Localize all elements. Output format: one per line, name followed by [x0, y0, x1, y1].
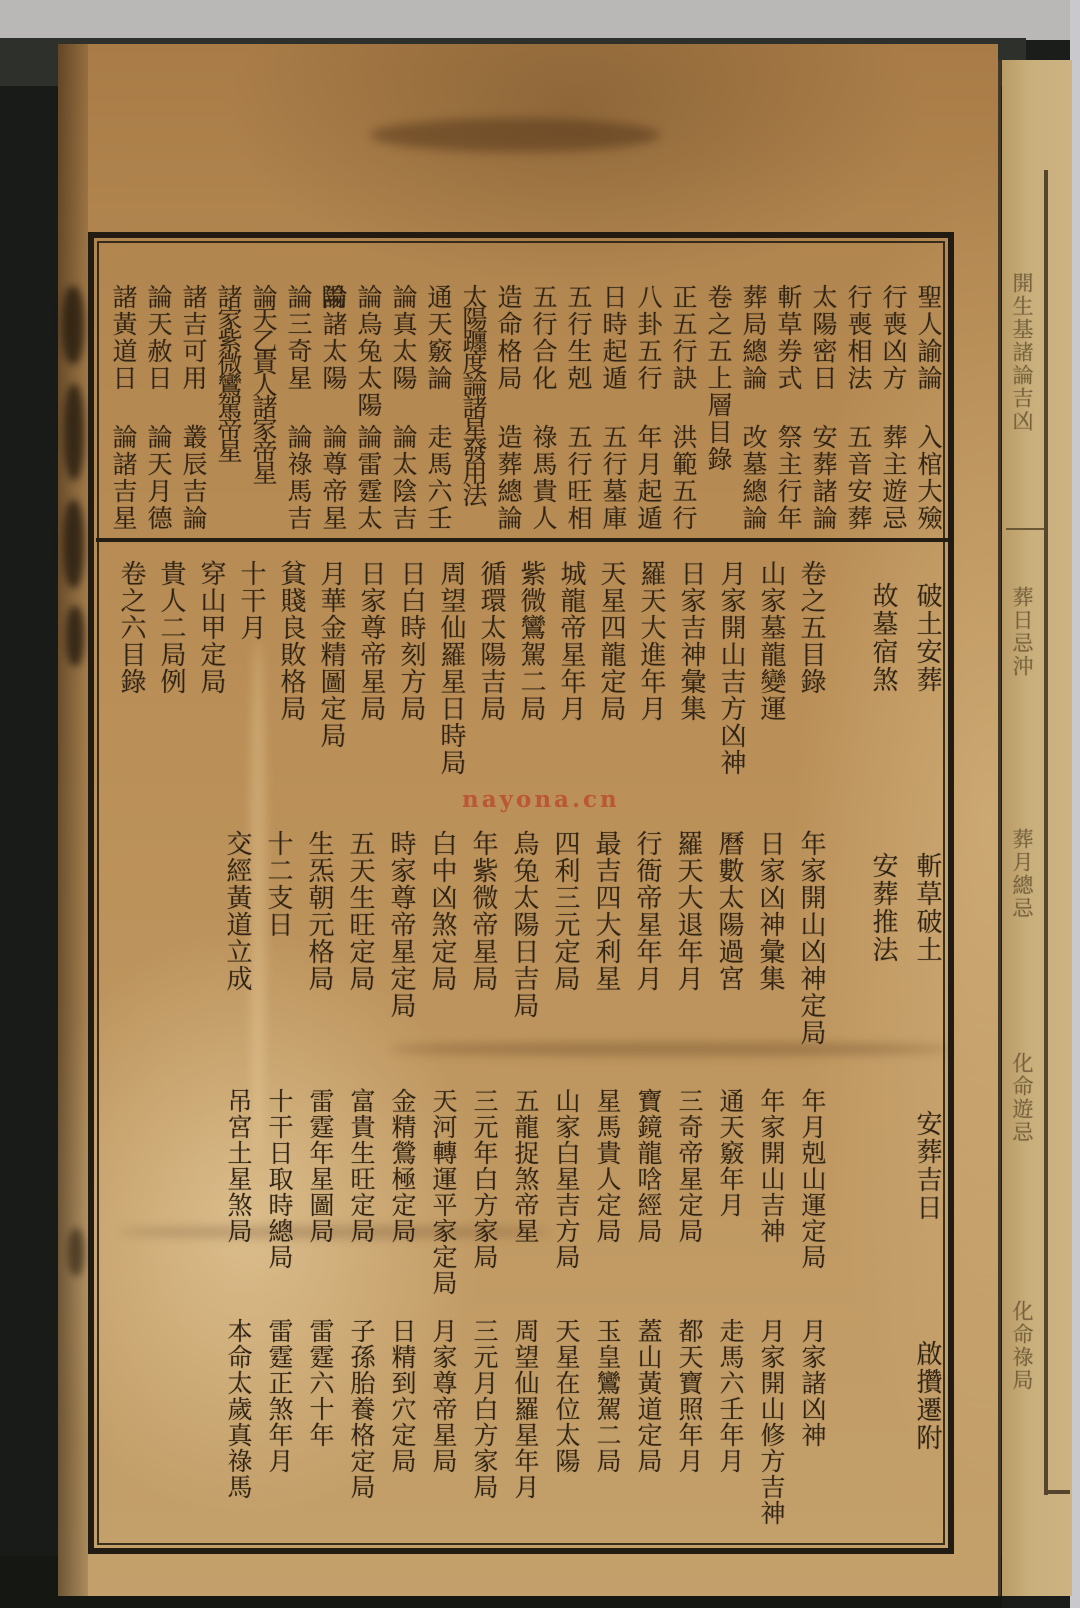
toc-entry: 白中凶煞定局 [427, 830, 457, 992]
toc-entry: 曆數太陽過宮 [714, 830, 744, 992]
toc-entry: 五行墓庫 [599, 424, 628, 532]
toc-upper-section: 聖人諭論入棺大殮行喪凶方葬主遊忌行喪相法五音安葬太陽密日安葬諸論斬草券式祭主行年… [100, 284, 946, 532]
toc-entry: 年紫微帝星局 [468, 830, 498, 992]
toc-column: 十干日取時總局 [256, 1088, 297, 1316]
toc-entry: 論諸太陽 [315, 284, 351, 424]
toc-column: 三奇帝星定局 [666, 1088, 707, 1316]
toc-column: 羅天大進年月 [630, 560, 670, 828]
toc-column: 安葬推法 [858, 852, 902, 1082]
toc-entry: 穿山甲定局 [196, 560, 226, 695]
toc-entry: 四利三元定局 [550, 830, 580, 992]
toc-row-3: 安葬吉日年月剋山運定局年家開山吉神通天竅年月三奇帝星定局寶鏡龍唅經局星馬貴人定局… [100, 1088, 946, 1316]
toc-entry: 周望仙羅星年月 [511, 1318, 540, 1500]
toc-row-main-group: 月家諸凶神月家開山修方吉神走馬六壬年月都天寶照年月蓋山黃道定局玉皇鸞駕二局天星在… [100, 1318, 830, 1546]
toc-entry: 斬草券式 [770, 284, 806, 424]
toc-row-right-group: 啟攢遷附 [850, 1318, 946, 1546]
toc-column: 月家尊帝星局 [420, 1318, 461, 1546]
adjacent-page: 開生基諸論吉凶葬日忌沖葬月總忌化命遊忌化命祿局 [1002, 60, 1072, 1596]
toc-row-right-group: 斬草破土安葬推法 [850, 830, 946, 1082]
toc-column: 四利三元定局 [543, 830, 584, 1082]
toc-column: 故墓宿煞 [858, 582, 902, 828]
toc-column: 年家開山吉神 [748, 1088, 789, 1316]
toc-column: 十干月 [230, 560, 270, 828]
toc-column: 山家白星吉方局 [543, 1088, 584, 1316]
edge-smudge [62, 286, 84, 364]
toc-entry: 月家尊帝星局 [429, 1318, 458, 1474]
toc-entry: 造命格局 [490, 284, 526, 424]
toc-entry: 生炁朝元格局 [304, 830, 334, 992]
toc-column: 天河轉運平家定局 [420, 1088, 461, 1316]
toc-entry: 月家諸凶神 [798, 1318, 827, 1448]
toc-column: 五天生旺定局 [338, 830, 379, 1082]
toc-entry: 五行生剋 [560, 284, 596, 424]
toc-entry: 論天赦日 [140, 284, 176, 424]
toc-entry: 八卦五行 [630, 284, 666, 424]
toc-row-4: 啟攢遷附月家諸凶神月家開山修方吉神走馬六壬年月都天寶照年月蓋山黃道定局玉皇鸞駕二… [100, 1318, 946, 1546]
toc-entry: 論天月德 [144, 424, 173, 532]
toc-column: 羅天大退年月 [666, 830, 707, 1082]
toc-column: 五行合化祿馬貴人 [526, 284, 561, 532]
toc-entry: 金精鶯極定局 [388, 1088, 417, 1244]
toc-entry: 祭主行年 [774, 424, 803, 532]
toc-column: 天星在位太陽 [543, 1318, 584, 1546]
toc-entry: 五音安葬 [844, 424, 873, 532]
toc-entry: 卷之五上層目錄 [704, 284, 733, 473]
toc-entry: 星馬貴人定局 [593, 1088, 622, 1244]
toc-column: 卷之六目錄 [110, 560, 150, 828]
toc-entry: 安葬諸論 [809, 424, 838, 532]
toc-column: 日白時刻方局 [390, 560, 430, 828]
toc-entry: 年家開山吉神 [757, 1088, 786, 1244]
toc-entry: 三元年白方家局 [470, 1088, 499, 1270]
toc-column: 卷之五上層目錄 [701, 284, 736, 532]
toc-column: 諸黃道日論諸吉星 [106, 284, 141, 532]
toc-column: 都天寶照年月 [666, 1318, 707, 1546]
toc-column: 斬草破土 [902, 852, 946, 1082]
toc-column: 安葬吉日 [902, 1110, 946, 1316]
toc-column: 子孫胎養格定局 [338, 1318, 379, 1546]
toc-column: 山家墓龍變運 [750, 560, 790, 828]
toc-column: 交經黃道立成 [215, 830, 256, 1082]
toc-entry: 斬草破土 [912, 852, 942, 964]
toc-entry: 祿馬貴人 [529, 424, 558, 532]
toc-entry: 天河轉運平家定局 [429, 1088, 458, 1296]
toc-entry: 吊宮土星煞局 [224, 1088, 253, 1244]
toc-entry: 諸黃道日 [105, 284, 141, 424]
toc-column: 白中凶煞定局 [420, 830, 461, 1082]
toc-entry: 十干日取時總局 [265, 1088, 294, 1270]
toc-column: 論三奇星論祿馬吉 [281, 284, 316, 532]
toc-row-main-group: 年月剋山運定局年家開山吉神通天竅年月三奇帝星定局寶鏡龍唅經局星馬貴人定局山家白星… [100, 1088, 830, 1316]
toc-entry: 月家開山修方吉神 [757, 1318, 786, 1526]
toc-entry: 烏兔太陽日吉局 [509, 830, 539, 1019]
toc-column: 金精鶯極定局 [379, 1088, 420, 1316]
toc-column: 雷霆六十年 [297, 1318, 338, 1546]
toc-entry: 破土安葬 [912, 582, 942, 694]
toc-entry: 啟攢遷附 [912, 1340, 942, 1452]
toc-column: 月家諸凶神 [789, 1318, 830, 1546]
toc-entry: 論真太陽 [385, 284, 421, 424]
toc-column: 行喪相法五音安葬 [841, 284, 876, 532]
toc-column: 聖人諭論入棺大殮 [911, 284, 946, 532]
toc-entry: 月家開山吉方凶神 [716, 560, 746, 776]
toc-entry: 故墓宿煞 [868, 582, 898, 694]
toc-column: 通天竅年月 [707, 1088, 748, 1316]
toc-column: 富貴生旺定局 [338, 1088, 379, 1316]
toc-column: 年月剋山運定局 [789, 1088, 830, 1316]
toc-entry: 日家吉神彙集 [676, 560, 706, 722]
toc-entry: 周望仙羅星日時局 [436, 560, 466, 776]
toc-entry: 五天生旺定局 [345, 830, 375, 992]
toc-column: 論真太陽論太陰吉 [386, 284, 421, 532]
toc-entry: 天星四龍定局 [596, 560, 626, 722]
scanned-page: 開生基諸論吉凶葬日忌沖葬月總忌化命遊忌化命祿局 聖人諭論入棺大殮行喪凶方葬主遊忌… [0, 0, 1080, 1608]
adjacent-page-entry: 化命祿局 [1007, 1300, 1037, 1392]
toc-entry: 十二支日 [263, 830, 293, 938]
toc-entry: 本命太歲真祿馬 [224, 1318, 253, 1500]
toc-entry: 蓋山黃道定局 [634, 1318, 663, 1474]
toc-column: 三元年白方家局 [461, 1088, 502, 1316]
toc-entry: 論烏兔太陽 [350, 284, 386, 424]
toc-row-2: 斬草破土安葬推法年家開山凶神定局日家凶神彙集曆數太陽過宮羅天大退年月行衙帝星年月… [100, 830, 946, 1082]
toc-entry: 羅天大進年月 [636, 560, 666, 722]
watermark-text: nayona.cn [462, 786, 620, 813]
toc-entry: 行衙帝星年月 [632, 830, 662, 992]
toc-column: 最吉四大利星 [584, 830, 625, 1082]
toc-entry: 年月剋山運定局 [798, 1088, 827, 1270]
toc-column: 斬草券式祭主行年 [771, 284, 806, 532]
toc-entry: 論太陰吉 [389, 424, 418, 532]
toc-column: 年紫微帝星局 [461, 830, 502, 1082]
toc-column: 走馬六壬年月 [707, 1318, 748, 1546]
toc-entry: 通天竅年月 [716, 1088, 745, 1218]
toc-entry: 論尊帝星 [319, 424, 348, 532]
toc-entry: 諸吉可用 [175, 284, 211, 424]
toc-entry: 五行合化 [525, 284, 561, 424]
edge-smudge [63, 500, 84, 588]
toc-column: 論天赦日論天月德 [141, 284, 176, 532]
toc-entry: 紫微鸞駕二局 [516, 560, 546, 722]
scanner-background-top [0, 0, 1080, 40]
toc-column: 論諸太陽論尊帝星 [316, 284, 351, 532]
toc-entry: 洪範五行 [669, 424, 698, 532]
toc-column: 月家開山修方吉神 [748, 1318, 789, 1546]
toc-entry: 月華金精圖定局 [316, 560, 346, 749]
toc-column: 星馬貴人定局 [584, 1088, 625, 1316]
toc-entry: 葬主遊忌 [879, 424, 908, 532]
toc-entry: 循環太陽吉局 [476, 560, 506, 722]
toc-row-main-group: 年家開山凶神定局日家凶神彙集曆數太陽過宮羅天大退年月行衙帝星年月最吉四大利星四利… [100, 830, 830, 1082]
mat-left [0, 86, 60, 1608]
toc-column: 破土安葬 [902, 582, 946, 828]
toc-column: 造命格局造葬總論 [491, 284, 526, 532]
toc-entry: 十干月 [236, 560, 266, 641]
toc-column: 太陽躔度論諸星發用法 [456, 284, 491, 532]
toc-column: 本命太歲真祿馬 [215, 1318, 256, 1546]
toc-entry: 聖人諭論 [910, 284, 946, 424]
toc-entry: 天星在位太陽 [552, 1318, 581, 1474]
edge-smudge [68, 1228, 84, 1276]
toc-entry: 諸家紫微鸞駕帝星 [214, 284, 243, 460]
toc-column: 啟攢遷附 [902, 1340, 946, 1546]
toc-entry: 行喪凶方 [875, 284, 911, 424]
toc-column: 行衙帝星年月 [625, 830, 666, 1082]
toc-column: 吊宮土星煞局 [215, 1088, 256, 1316]
toc-column: 時家尊帝星定局 [379, 830, 420, 1082]
edge-smudge [66, 606, 84, 666]
toc-entry: 日時起遁 [595, 284, 631, 424]
column-gap [830, 830, 850, 1082]
toc-column: 論烏兔太陽論雷霆太陽 [351, 284, 386, 532]
toc-entry: 雷霆正煞年月 [265, 1318, 294, 1474]
toc-entry: 太陽密日 [805, 284, 841, 424]
toc-entry: 改墓總論 [739, 424, 768, 532]
toc-entry: 卷之六目錄 [116, 560, 146, 695]
toc-entry: 論三奇星 [280, 284, 316, 424]
toc-entry: 叢辰吉論 [179, 424, 208, 532]
section-divider [96, 538, 948, 542]
toc-entry: 日精到穴定局 [388, 1318, 417, 1474]
adjacent-page-border-corner [1044, 1490, 1070, 1494]
toc-entry: 葬局總論 [735, 284, 771, 424]
toc-entry: 日家凶神彙集 [755, 830, 785, 992]
toc-entry: 交經黃道立成 [222, 830, 252, 992]
toc-entry: 造葬總論 [494, 424, 523, 532]
toc-column: 五龍捉煞帝星 [502, 1088, 543, 1316]
toc-entry: 貧賤良敗格局 [276, 560, 306, 722]
toc-column: 日時起遁五行墓庫 [596, 284, 631, 532]
toc-column: 年家開山凶神定局 [789, 830, 830, 1082]
toc-column: 正五行訣洪範五行 [666, 284, 701, 532]
toc-entry: 年月起遁 [634, 424, 663, 532]
toc-column: 月華金精圖定局 [310, 560, 350, 828]
adjacent-page-entry: 開生基諸論吉凶 [1007, 272, 1037, 433]
toc-entry: 論天乙貴人諸家帝星 [249, 284, 278, 482]
toc-column: 諸吉可用叢辰吉論 [176, 284, 211, 532]
toc-row-right-group: 破土安葬故墓宿煞 [850, 560, 946, 828]
toc-column: 通天竅論走馬六壬 [421, 284, 456, 532]
toc-column: 行喪凶方葬主遊忌 [876, 284, 911, 532]
edge-smudge [64, 384, 84, 480]
toc-entry: 城龍帝星年月 [556, 560, 586, 722]
toc-column: 十二支日 [256, 830, 297, 1082]
toc-column: 穿山甲定局 [190, 560, 230, 828]
toc-entry: 安葬推法 [868, 852, 898, 964]
toc-column: 日家吉神彙集 [670, 560, 710, 828]
toc-entry: 論祿馬吉 [284, 424, 313, 532]
toc-entry: 入棺大殮 [914, 424, 943, 532]
toc-entry: 日家尊帝星局 [356, 560, 386, 722]
toc-column: 生炁朝元格局 [297, 830, 338, 1082]
toc-column: 玉皇鸞駕二局 [584, 1318, 625, 1546]
toc-row-right-group: 安葬吉日 [850, 1088, 946, 1316]
toc-entry: 羅天大退年月 [673, 830, 703, 992]
toc-entry: 雷霆六十年 [306, 1318, 335, 1448]
toc-entry: 五龍捉煞帝星 [511, 1088, 540, 1244]
toc-entry: 富貴生旺定局 [347, 1088, 376, 1244]
toc-column: 蓋山黃道定局 [625, 1318, 666, 1546]
adjacent-page-entry: 葬月總忌 [1007, 828, 1037, 920]
toc-entry: 太陽躔度論諸星發用法 [459, 284, 488, 504]
toc-column: 曆數太陽過宮 [707, 830, 748, 1082]
toc-entry: 山家墓龍變運 [756, 560, 786, 722]
toc-entry: 通天竅論 [420, 284, 456, 424]
toc-column: 貴人二局例 [150, 560, 190, 828]
toc-column: 日精到穴定局 [379, 1318, 420, 1546]
toc-entry: 走馬六壬 [424, 424, 453, 532]
toc-column: 葬局總論改墓總論 [736, 284, 771, 532]
toc-column: 三元月白方家局 [461, 1318, 502, 1546]
toc-entry: 行喪相法 [840, 284, 876, 424]
toc-entry: 正五行訣 [665, 284, 701, 424]
toc-entry: 年家開山凶神定局 [796, 830, 826, 1046]
toc-column: 太陽密日安葬諸論 [806, 284, 841, 532]
adjacent-page-border [1044, 170, 1048, 1495]
toc-column: 卷之五目錄 [790, 560, 830, 828]
toc-column: 諸家紫微鸞駕帝星 [211, 284, 246, 532]
adjacent-page-entry: 化命遊忌 [1007, 1052, 1037, 1144]
toc-column: 烏兔太陽日吉局 [502, 830, 543, 1082]
column-gap [830, 560, 850, 828]
ink-stain [370, 118, 660, 152]
toc-entry: 三元月白方家局 [470, 1318, 499, 1500]
toc-column: 寶鏡龍唅經局 [625, 1088, 666, 1316]
adjacent-page-entry: 葬日忌沖 [1007, 586, 1037, 678]
toc-column: 日家尊帝星局 [350, 560, 390, 828]
toc-column: 五行生剋五行旺相 [561, 284, 596, 532]
adjacent-page-entries: 開生基諸論吉凶葬日忌沖葬月總忌化命遊忌化命祿局 [1007, 0, 1041, 1596]
toc-column: 月家開山吉方凶神 [710, 560, 750, 828]
toc-entry: 最吉四大利星 [591, 830, 621, 992]
column-gap [830, 1318, 850, 1546]
left-edge-shadow [58, 44, 88, 1596]
toc-entry: 五行旺相 [564, 424, 593, 532]
toc-entry: 走馬六壬年月 [716, 1318, 745, 1474]
toc-column: 八卦五行年月起遁 [631, 284, 666, 532]
toc-column: 貧賤良敗格局 [270, 560, 310, 828]
toc-entry: 山家白星吉方局 [552, 1088, 581, 1270]
toc-column: 日家凶神彙集 [748, 830, 789, 1082]
toc-entry: 寶鏡龍唅經局 [634, 1088, 663, 1244]
toc-entry: 雷霆年星圖局 [306, 1088, 335, 1244]
toc-entry: 貴人二局例 [156, 560, 186, 695]
column-gap [830, 1088, 850, 1316]
toc-entry: 論諸吉星 [109, 424, 138, 532]
toc-entry: 玉皇鸞駕二局 [593, 1318, 622, 1474]
toc-column: 雷霆正煞年月 [256, 1318, 297, 1546]
toc-entry: 安葬吉日 [912, 1110, 942, 1222]
toc-column: 雷霆年星圖局 [297, 1088, 338, 1316]
toc-entry: 時家尊帝星定局 [386, 830, 416, 1019]
toc-entry: 日白時刻方局 [396, 560, 426, 722]
toc-column: 周望仙羅星年月 [502, 1318, 543, 1546]
toc-entry: 子孫胎養格定局 [347, 1318, 376, 1500]
toc-column: 論天乙貴人諸家帝星 [246, 284, 281, 532]
toc-entry: 都天寶照年月 [675, 1318, 704, 1474]
toc-entry: 三奇帝星定局 [675, 1088, 704, 1244]
toc-entry: 卷之五目錄 [796, 560, 826, 695]
